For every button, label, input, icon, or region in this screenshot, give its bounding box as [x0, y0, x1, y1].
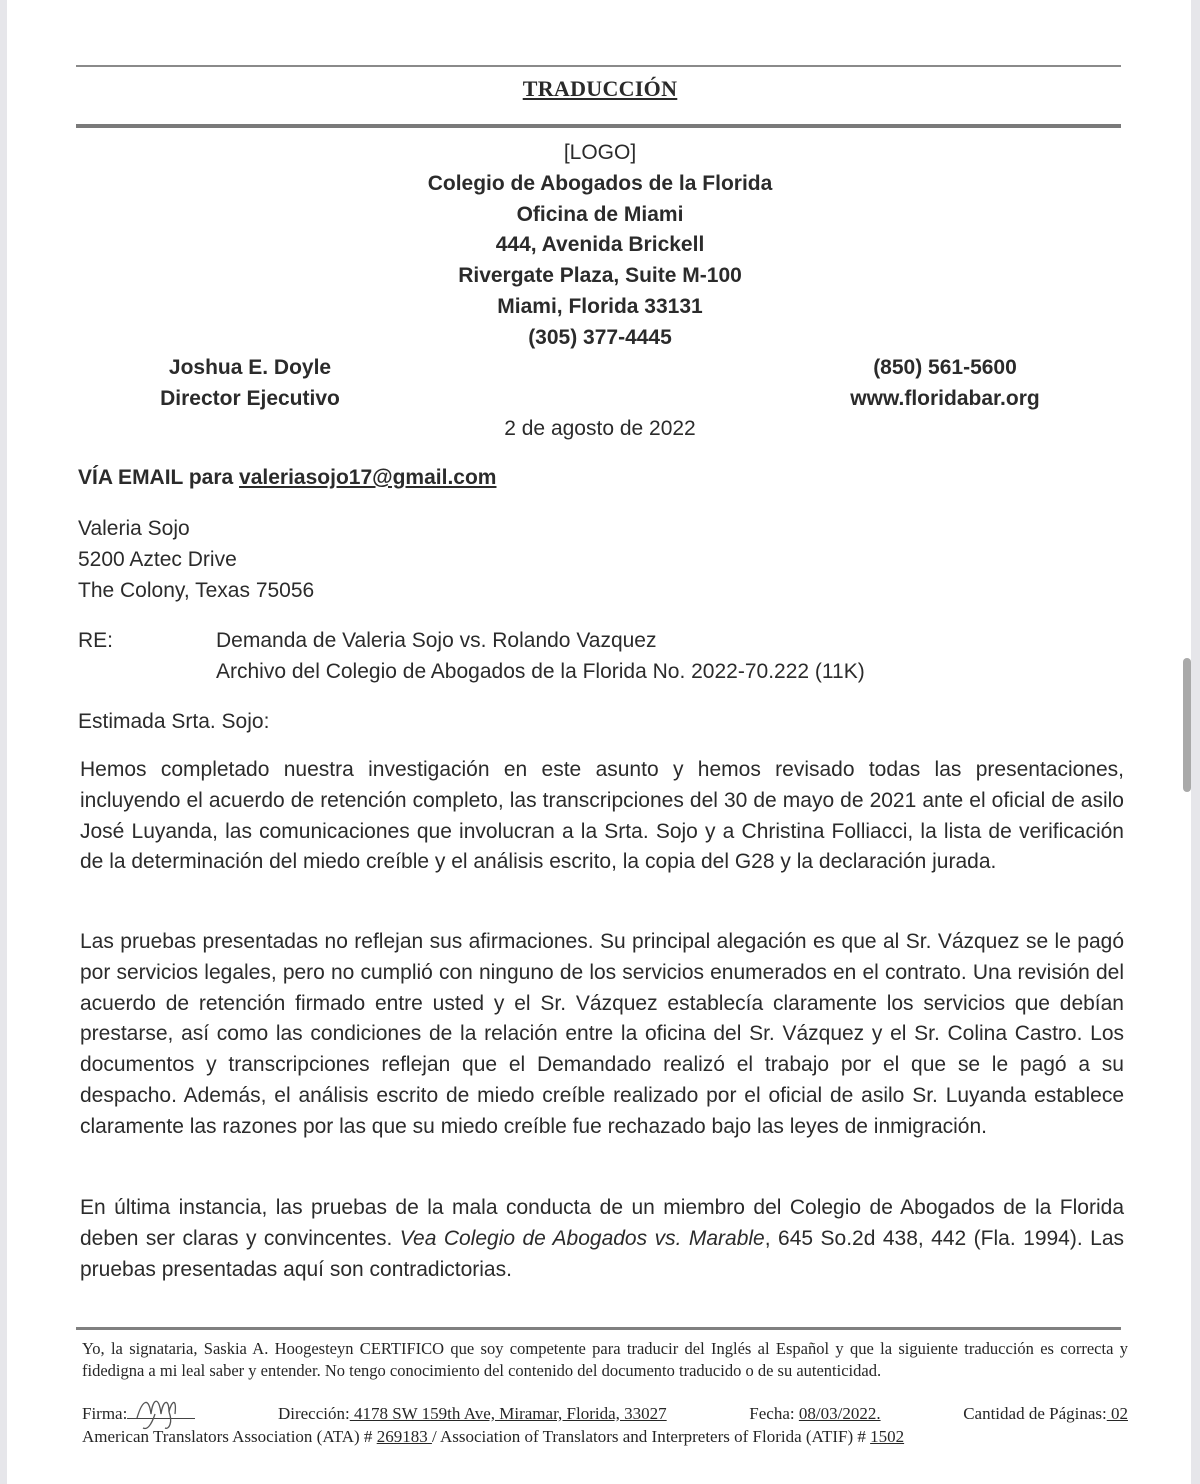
atif-label: Association of Translators and Interpret…: [440, 1427, 866, 1446]
contact-block: (850) 561-5600 www.floridabar.org: [830, 352, 1060, 414]
re-case: Demanda de Valeria Sojo vs. Rolando Vazq…: [216, 625, 865, 656]
paragraph-evidence: Las pruebas presentadas no reflejan sus …: [80, 927, 1124, 1143]
paragraph-investigation: Hemos completado nuestra investigación e…: [80, 755, 1124, 878]
vertical-scrollbar-thumb[interactable]: [1183, 658, 1191, 792]
contact-website[interactable]: www.floridabar.org: [830, 383, 1060, 414]
recipient-name: Valeria Sojo: [78, 513, 314, 544]
via-label: VÍA EMAIL para: [78, 466, 233, 489]
logo-placeholder: [LOGO]: [0, 138, 1200, 169]
director-block: Joshua E. Doyle Director Ejecutivo: [150, 352, 350, 414]
separator: /: [432, 1427, 437, 1446]
recipient-street: 5200 Aztec Drive: [78, 544, 314, 575]
letterhead: [LOGO] Colegio de Abogados de la Florida…: [0, 138, 1200, 354]
fecha-value: 08/03/2022.: [799, 1404, 881, 1423]
pages-field: Cantidad de Páginas: 02: [963, 1402, 1128, 1425]
salutation: Estimada Srta. Sojo:: [78, 706, 269, 737]
case-citation: Vea Colegio de Abogados vs. Marable: [400, 1227, 765, 1250]
direccion-label: Dirección:: [278, 1404, 350, 1423]
delivery-method: VÍA EMAIL para valeriasojo17@gmail.com: [78, 463, 496, 493]
re-file-number: Archivo del Colegio de Abogados de la Fl…: [216, 656, 865, 687]
signature-icon: [127, 1402, 195, 1419]
re-label: RE:: [78, 625, 113, 656]
address-field: Dirección: 4178 SW 159th Ave, Miramar, F…: [278, 1402, 667, 1425]
certification-divider: [76, 1327, 1121, 1330]
director-role: Director Ejecutivo: [150, 383, 350, 414]
footer-line-2: American Translators Association (ATA) #…: [82, 1425, 1128, 1448]
org-name: Colegio de Abogados de la Florida: [0, 169, 1200, 200]
office-phone: (305) 377-4445: [0, 323, 1200, 354]
paginas-label: Cantidad de Páginas:: [963, 1404, 1107, 1423]
recipient-email-link[interactable]: valeriasojo17@gmail.com: [239, 466, 496, 489]
paginas-value: 02: [1107, 1404, 1128, 1423]
ata-label: American Translators Association (ATA) #: [82, 1427, 372, 1446]
fecha-label: Fecha:: [749, 1404, 794, 1423]
director-name: Joshua E. Doyle: [150, 352, 350, 383]
translator-footer: Firma: Dirección: 4178 SW 159th Ave, Mir…: [82, 1402, 1128, 1448]
translator-certification: Yo, la signataria, Saskia A. Hoogesteyn …: [82, 1338, 1128, 1382]
recipient-city: The Colony, Texas 75056: [78, 575, 314, 606]
re-subject: Demanda de Valeria Sojo vs. Rolando Vazq…: [216, 625, 865, 687]
document-title: TRADUCCIÓN: [0, 76, 1200, 102]
top-divider: [76, 65, 1121, 67]
atif-number: 1502: [870, 1427, 904, 1446]
office-suite: Rivergate Plaza, Suite M-100: [0, 261, 1200, 292]
firma-label: Firma:: [82, 1404, 127, 1423]
direccion-value: 4178 SW 159th Ave, Miramar, Florida, 330…: [350, 1404, 667, 1423]
signature-field: Firma:: [82, 1402, 195, 1425]
office-city: Miami, Florida 33131: [0, 292, 1200, 323]
date-field: Fecha: 08/03/2022.: [749, 1402, 880, 1425]
recipient-address: Valeria Sojo 5200 Aztec Drive The Colony…: [78, 513, 314, 606]
office-name: Oficina de Miami: [0, 200, 1200, 231]
paragraph-conclusion: En última instancia, las pruebas de la m…: [80, 1193, 1124, 1285]
title-divider: [76, 124, 1121, 128]
footer-line-1: Firma: Dirección: 4178 SW 159th Ave, Mir…: [82, 1402, 1128, 1425]
contact-phone: (850) 561-5600: [830, 352, 1060, 383]
letter-date: 2 de agosto de 2022: [0, 414, 1200, 444]
ata-number: 269183: [377, 1427, 432, 1446]
office-street: 444, Avenida Brickell: [0, 230, 1200, 261]
